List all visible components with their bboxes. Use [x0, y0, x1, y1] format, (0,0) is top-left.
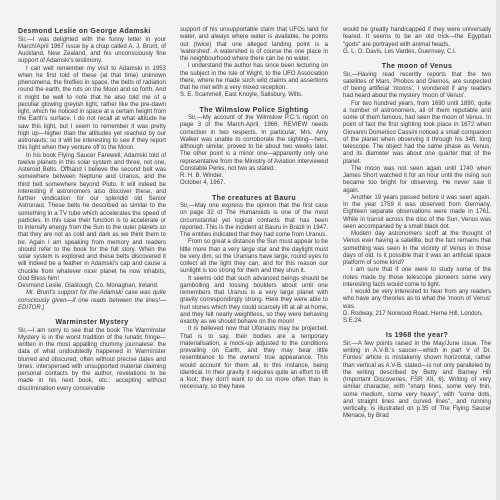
- column-3: would be greatly handicapped if they wer…: [343, 27, 491, 421]
- paragraph: Sir,—A few points raised in the May/June…: [343, 341, 491, 421]
- signature: G. L. O. Davis, Les Vardes, Guernsey, C.…: [343, 49, 491, 56]
- signature: S. E. Scammell, East Knoyle, Salisbury, …: [180, 92, 328, 99]
- paragraph: Modern day astronomers scoff at the thou…: [343, 231, 491, 267]
- signature: R. H. B. Winder.: [180, 173, 328, 180]
- signature: D. Rodway, 217 Norwood Road, Herne Hill,…: [343, 311, 491, 326]
- paragraph: I would be very interested to hear from …: [343, 289, 491, 311]
- magazine-page: Desmond Leslie on George Adamski Sir,—I …: [0, 0, 500, 500]
- paragraph: For two hundred years, from 1690 until 1…: [343, 101, 491, 166]
- paragraph: The moon was not seen again until 1740 w…: [343, 166, 491, 195]
- paragraph: Another 19 years passed before it was se…: [343, 195, 491, 231]
- page-edge: [496, 0, 500, 500]
- article-heading: The Wilmslow Police Sighting: [180, 107, 328, 116]
- article-heading: The creatures at Bauru: [180, 195, 328, 204]
- paragraph: It is believed now that Ufonauts may be …: [180, 326, 328, 391]
- paragraph: Sir,—I was delighted with the funny lett…: [18, 37, 166, 66]
- column-1: Desmond Leslie on George Adamski Sir,—I …: [18, 28, 166, 393]
- article-heading: The moon of Venus: [343, 63, 491, 72]
- paragraph: From so great a distance the Sun must ap…: [180, 239, 328, 275]
- paragraph: support of his unsupportable claim that …: [180, 27, 328, 63]
- article-heading: Desmond Leslie on George Adamski: [18, 28, 166, 37]
- paragraph: Sir,—My account of the Wilmslow P.C.'s r…: [180, 115, 328, 173]
- paragraph: Sir,—Having read recently reports that t…: [343, 72, 491, 101]
- editor-note: Mr. Brunt's support for the Adamski case…: [18, 290, 166, 312]
- article-heading: Warminster Mystery: [18, 319, 166, 328]
- date: October 4, 1967.: [180, 180, 328, 187]
- paragraph: Sir,—I am sorry to see that the book The…: [18, 328, 166, 393]
- signature: Desmond Leslie, Glaslough, Co. Monaghan,…: [18, 283, 166, 290]
- paragraph: I am sure that if one were to study some…: [343, 267, 491, 289]
- article-heading: Is 1968 the year?: [343, 332, 491, 341]
- paragraph: I understand the author has since been l…: [180, 63, 328, 92]
- paragraph: It seems odd that such advanced beings s…: [180, 276, 328, 327]
- paragraph: In his book Flying Saucer Farewell, Adam…: [18, 153, 166, 284]
- column-2: support of his unsupportable claim that …: [180, 27, 328, 392]
- paragraph: I can well remember my visit to Adamski …: [18, 66, 166, 153]
- paragraph: would be greatly handicapped if they wer…: [343, 27, 491, 49]
- paragraph: Sir,—May one express the opinion that th…: [180, 203, 328, 239]
